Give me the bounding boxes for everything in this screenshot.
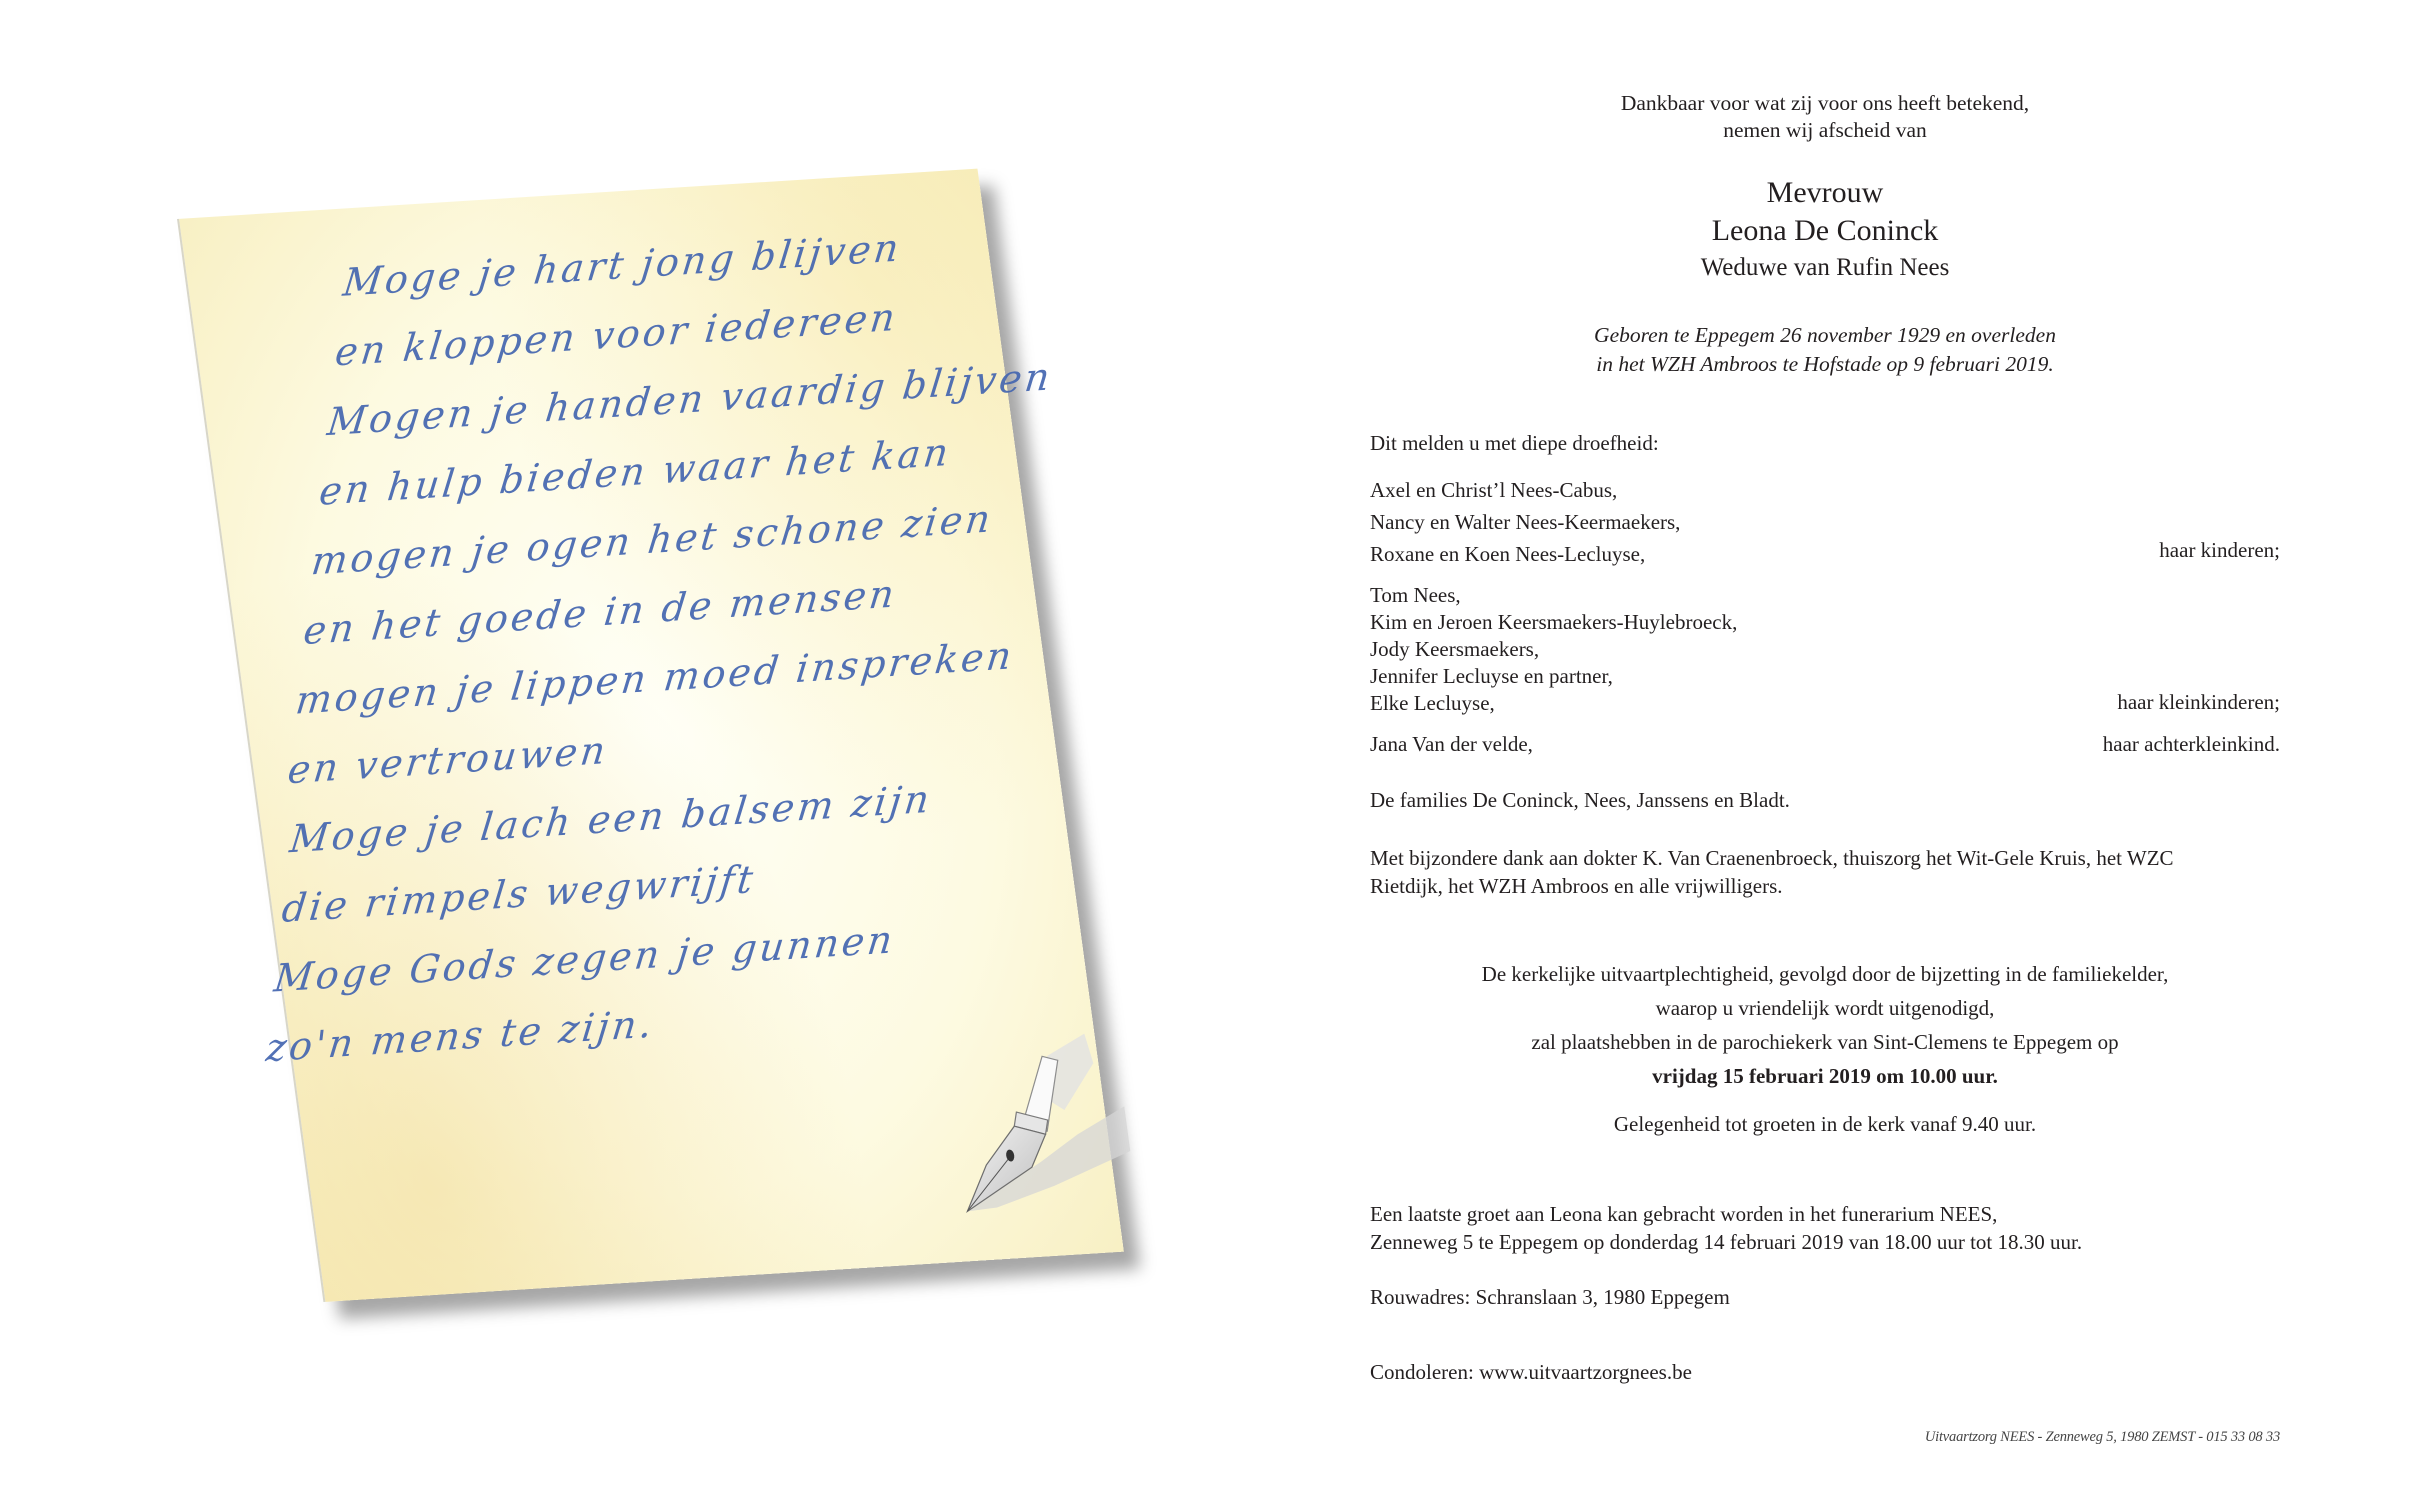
last-greeting: Een laatste groet aan Leona kan gebracht… bbox=[1370, 1200, 2082, 1256]
great-grandchild-entry: Jana Van der velde, bbox=[1370, 732, 1533, 757]
fountain-pen-icon bbox=[915, 1032, 1140, 1233]
grandchildren-list: Tom Nees, Kim en Jeroen Keersmaekers-Huy… bbox=[1370, 582, 1737, 717]
thanks-line: Met bijzondere dank aan dokter K. Van Cr… bbox=[1370, 844, 2174, 872]
grandchild-entry: Jennifer Lecluyse en partner, bbox=[1370, 663, 1737, 690]
condolences-link[interactable]: www.uitvaartzorgnees.be bbox=[1479, 1360, 1692, 1384]
grandchild-entry: Jody Keersmaekers, bbox=[1370, 636, 1737, 663]
thanks-text: Met bijzondere dank aan dokter K. Van Cr… bbox=[1370, 844, 2174, 900]
honorific: Mevrouw bbox=[1370, 176, 2280, 210]
handwritten-poem: Moge je hart jong blijven en kloppen voo… bbox=[252, 204, 1045, 1084]
death-announcement: Dankbaar voor wat zij voor ons heeft bet… bbox=[1370, 0, 2280, 1509]
child-entry: Roxane en Koen Nees-Lecluyse, bbox=[1370, 538, 1680, 570]
grandchild-entry: Kim en Jeroen Keersmaekers-Huylebroeck, bbox=[1370, 609, 1737, 636]
condolences-label: Condoleren: bbox=[1370, 1360, 1479, 1384]
birth-death-info: Geboren te Eppegem 26 november 1929 en o… bbox=[1370, 321, 2280, 379]
child-entry: Nancy en Walter Nees-Keermaekers, bbox=[1370, 506, 1680, 538]
birth-death-line: Geboren te Eppegem 26 november 1929 en o… bbox=[1370, 321, 2280, 350]
ceremony-line: waarop u vriendelijk wordt uitgenodigd, bbox=[1370, 991, 2280, 1025]
ceremony-datetime: vrijdag 15 februari 2019 om 10.00 uur. bbox=[1370, 1059, 2280, 1093]
children-relation: haar kinderen; bbox=[2159, 538, 2280, 563]
grief-intro: Dit melden u met diepe droefheid: bbox=[1370, 431, 1659, 456]
grandchildren-relation: haar kleinkinderen; bbox=[2117, 690, 2280, 715]
ceremony-line: De kerkelijke uitvaartplechtigheid, gevo… bbox=[1370, 957, 2280, 991]
handwritten-card: Moge je hart jong blijven en kloppen voo… bbox=[177, 169, 1124, 1302]
poem-card-area: Moge je hart jong blijven en kloppen voo… bbox=[0, 0, 1200, 1509]
greeting-time: Gelegenheid tot groeten in de kerk vanaf… bbox=[1370, 1112, 2280, 1137]
thanks-line: Rietdijk, het WZH Ambroos en alle vrijwi… bbox=[1370, 872, 2174, 900]
widow-of: Weduwe van Rufin Nees bbox=[1370, 254, 2280, 282]
last-greeting-line: Een laatste groet aan Leona kan gebracht… bbox=[1370, 1200, 2082, 1228]
families: De families De Coninck, Nees, Janssens e… bbox=[1370, 788, 1790, 813]
children-list: Axel en Christ’l Nees-Cabus, Nancy en Wa… bbox=[1370, 474, 1680, 570]
great-grandchild-relation: haar achterkleinkind. bbox=[2103, 732, 2280, 757]
ceremony-line: zal plaatshebben in de parochiekerk van … bbox=[1370, 1025, 2280, 1059]
ceremony-info: De kerkelijke uitvaartplechtigheid, gevo… bbox=[1370, 957, 2280, 1093]
grandchild-entry: Elke Lecluyse, bbox=[1370, 690, 1737, 717]
birth-death-line: in het WZH Ambroos te Hofstade op 9 febr… bbox=[1370, 350, 2280, 379]
condolences: Condoleren: www.uitvaartzorgnees.be bbox=[1370, 1360, 1692, 1385]
intro-text: Dankbaar voor wat zij voor ons heeft bet… bbox=[1370, 90, 2280, 144]
mourning-address: Rouwadres: Schranslaan 3, 1980 Eppegem bbox=[1370, 1285, 1730, 1310]
grandchild-entry: Tom Nees, bbox=[1370, 582, 1737, 609]
intro-line: Dankbaar voor wat zij voor ons heeft bet… bbox=[1370, 90, 2280, 117]
last-greeting-line: Zenneweg 5 te Eppegem op donderdag 14 fe… bbox=[1370, 1228, 2082, 1256]
deceased-name: Leona De Coninck bbox=[1370, 214, 2280, 248]
child-entry: Axel en Christ’l Nees-Cabus, bbox=[1370, 474, 1680, 506]
funeral-home-footer: Uitvaartzorg NEES - Zenneweg 5, 1980 ZEM… bbox=[1925, 1429, 2280, 1446]
intro-line: nemen wij afscheid van bbox=[1370, 117, 2280, 144]
